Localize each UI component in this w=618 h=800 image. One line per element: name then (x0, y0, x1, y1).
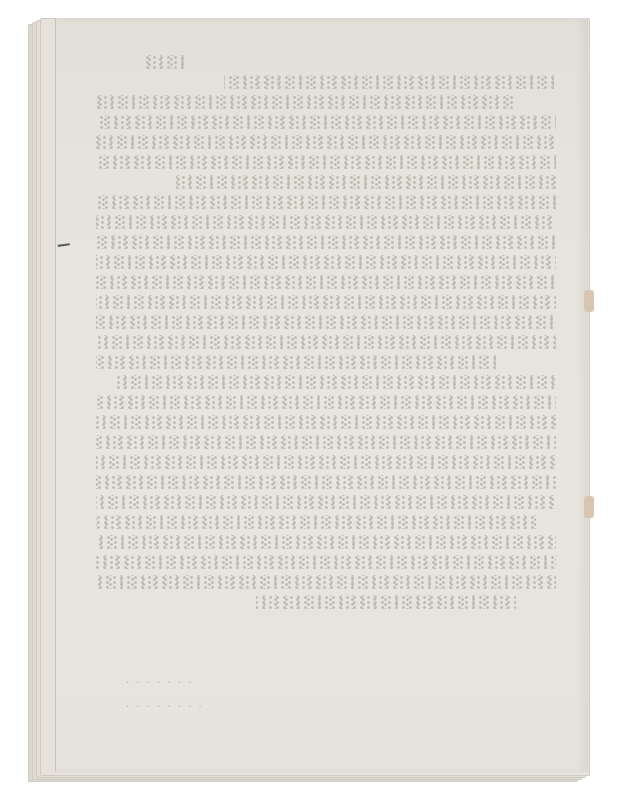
braille-row (96, 232, 566, 252)
staple-tab (584, 290, 594, 312)
braille-dots (96, 295, 556, 309)
braille-dots (96, 355, 496, 369)
braille-dots (96, 115, 556, 129)
braille-row (96, 592, 566, 612)
braille-dots (176, 175, 556, 189)
braille-dots (96, 535, 556, 549)
braille-row (96, 92, 566, 112)
braille-dots (96, 495, 556, 509)
braille-row (96, 192, 566, 212)
braille-row (96, 272, 566, 292)
braille-dots (144, 55, 184, 69)
braille-row (96, 292, 566, 312)
braille-dots (256, 595, 516, 609)
braille-dots (224, 75, 554, 89)
braille-row (96, 172, 566, 192)
braille-row (96, 152, 566, 172)
braille-row (96, 112, 566, 132)
braille-row (96, 512, 566, 532)
braille-page: · · · · · · · · · · · · · · · (56, 18, 588, 772)
braille-dots (96, 395, 556, 409)
tear-mark (58, 243, 71, 250)
braille-row (96, 492, 566, 512)
braille-row (96, 552, 566, 572)
braille-row (96, 452, 566, 472)
braille-dots (96, 455, 556, 469)
braille-dots (96, 235, 556, 249)
braille-dots (96, 155, 556, 169)
braille-dots (96, 275, 556, 289)
braille-dots (96, 255, 556, 269)
braille-dots (96, 435, 556, 449)
braille-dots (96, 555, 556, 569)
braille-dots (96, 515, 536, 529)
braille-row (96, 252, 566, 272)
braille-dots (96, 135, 556, 149)
braille-dots (96, 575, 556, 589)
braille-row (96, 432, 566, 452)
braille-dots (96, 335, 556, 349)
braille-dots (96, 315, 556, 329)
faint-print: · · · · · · · (126, 678, 193, 689)
braille-row (96, 472, 566, 492)
braille-text-block (96, 52, 566, 612)
braille-row (96, 532, 566, 552)
braille-row (96, 132, 566, 152)
braille-row (96, 572, 566, 592)
braille-row (96, 412, 566, 432)
braille-dots (96, 415, 556, 429)
braille-row (96, 332, 566, 352)
braille-row (96, 312, 566, 332)
braille-row (96, 212, 566, 232)
faint-print: · · · · · · · · (126, 702, 204, 713)
braille-row (96, 52, 566, 72)
braille-row (96, 352, 566, 372)
braille-dots (116, 375, 556, 389)
braille-dots (96, 475, 556, 489)
braille-dots (96, 215, 556, 229)
braille-row (96, 392, 566, 412)
braille-row (96, 72, 566, 92)
staple-tab (584, 496, 594, 518)
braille-dots (96, 95, 516, 109)
braille-dots (96, 195, 556, 209)
braille-row (96, 372, 566, 392)
